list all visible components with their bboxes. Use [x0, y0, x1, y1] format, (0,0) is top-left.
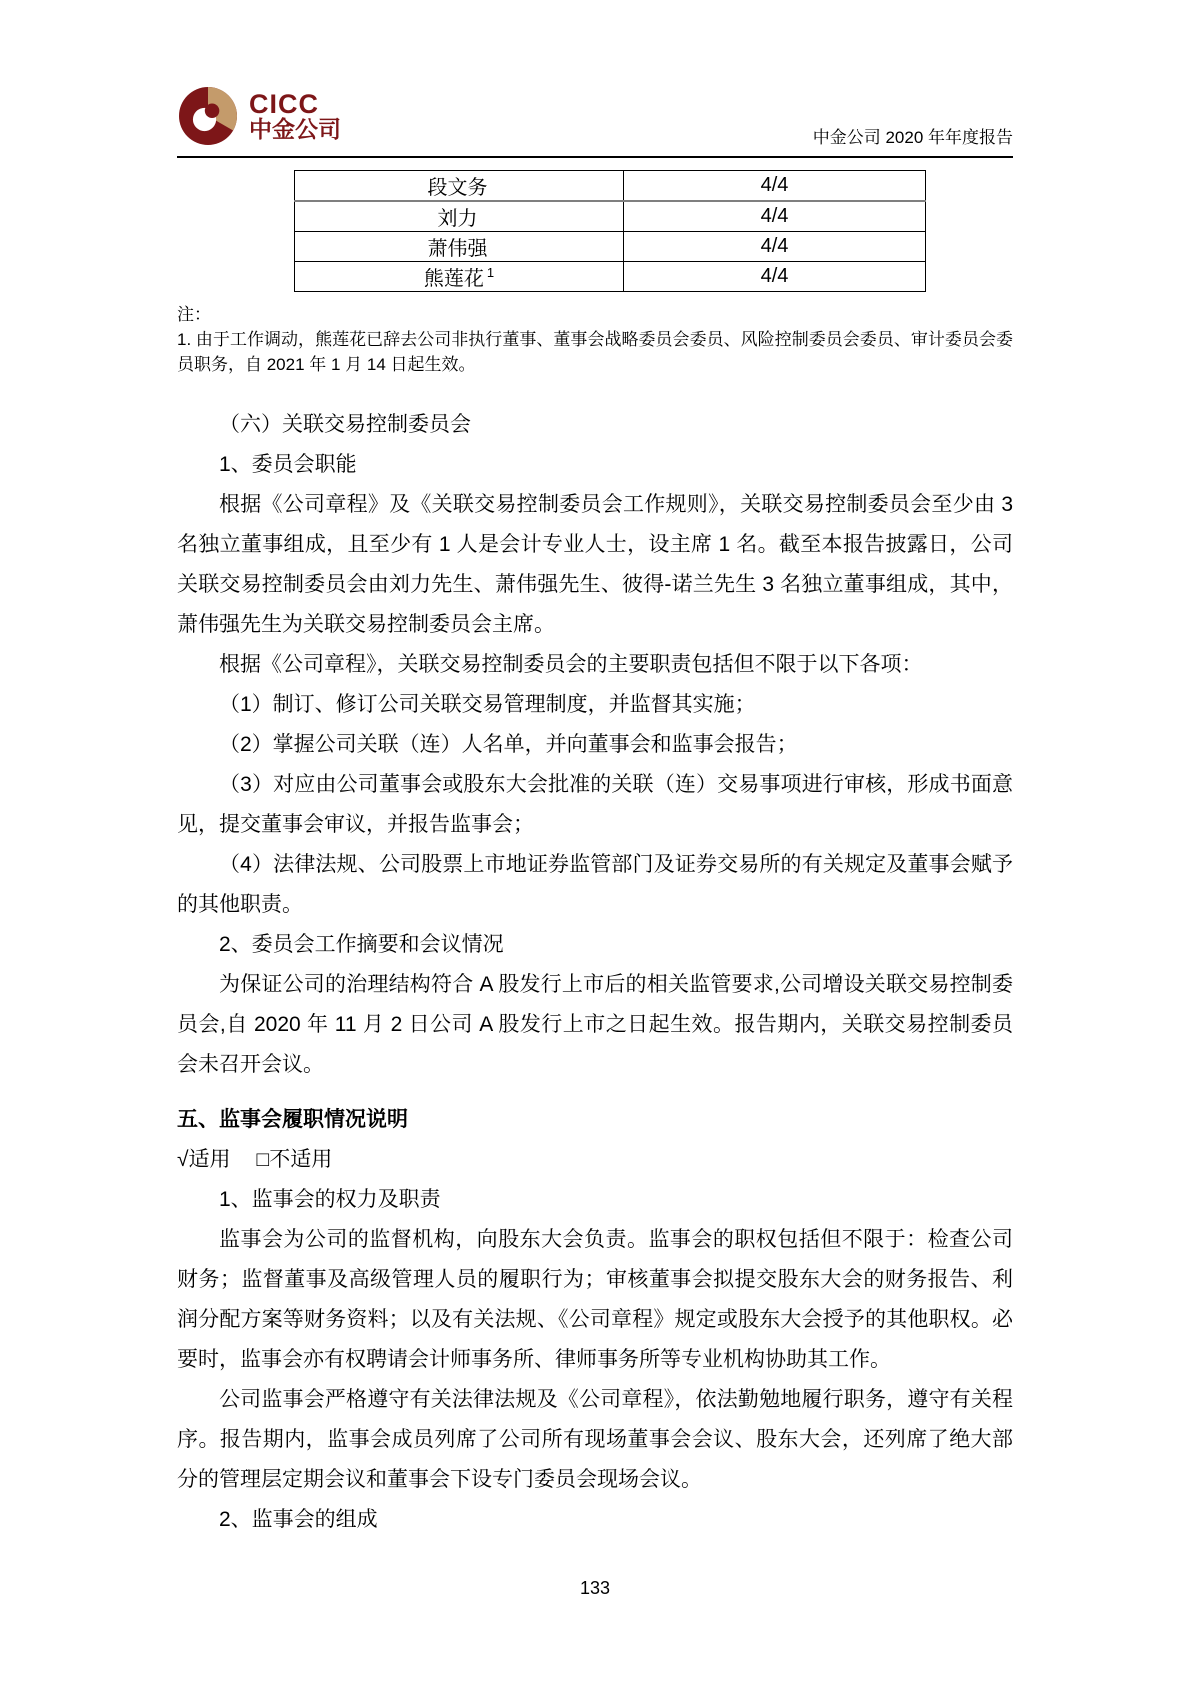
section-6-sub2-heading: 2、委员会工作摘要和会议情况: [177, 925, 1013, 965]
section-6-list-item: （1）制订、修订公司关联交易管理制度，并监督其实施；: [177, 685, 1013, 725]
attendance-cell: 4/4: [624, 171, 926, 202]
cicc-logo-icon: [179, 87, 237, 145]
section-5-paragraph: 公司监事会严格遵守有关法律法规及《公司章程》，依法勤勉地履行职务，遵守有关程序。…: [177, 1380, 1013, 1500]
logo-text-cn: 中金公司: [249, 118, 341, 141]
section-6-paragraph: 根据《公司章程》及《关联交易控制委员会工作规则》，关联交易控制委员会至少由 3 …: [177, 485, 1013, 645]
section-6-list-item: （3）对应由公司董事会或股东大会批准的关联（连）交易事项进行审核，形成书面意见，…: [177, 765, 1013, 845]
not-applicable-unchecked: □不适用: [257, 1148, 333, 1171]
page-footer: 133: [177, 1576, 1013, 1601]
section-6-paragraph: 为保证公司的治理结构符合 A 股发行上市后的相关监管要求,公司增设关联交易控制委…: [177, 965, 1013, 1085]
member-name: 段文务: [428, 177, 488, 199]
section-6-list-item: （4）法律法规、公司股票上市地证券监管部门及证券交易所的有关规定及董事会赋予的其…: [177, 845, 1013, 925]
member-name: 刘力: [438, 208, 478, 230]
attendance-cell: 4/4: [624, 201, 926, 232]
member-name-cell: 熊莲花1: [295, 262, 624, 292]
page-header: CICC 中金公司 中金公司 2020 年年度报告: [177, 0, 1013, 158]
notes-block: 注： 1. 由于工作调动，熊莲花已辞去公司非执行董事、董事会战略委员会委员、风险…: [177, 302, 1013, 377]
logo-text-en: CICC: [249, 91, 341, 119]
main-content: （六）关联交易控制委员会 1、委员会职能 根据《公司章程》及《关联交易控制委员会…: [177, 405, 1013, 1540]
table-row: 刘力 4/4: [295, 201, 926, 232]
note-item: 1. 由于工作调动，熊莲花已辞去公司非执行董事、董事会战略委员会委员、风险控制委…: [177, 327, 1013, 377]
member-name-cell: 刘力: [295, 201, 624, 232]
section-5-sub1-heading: 1、监事会的权力及职责: [177, 1180, 1013, 1220]
section-6-paragraph: 根据《公司章程》，关联交易控制委员会的主要职责包括但不限于以下各项：: [177, 645, 1013, 685]
notes-label: 注：: [177, 302, 1013, 327]
table-row: 段文务 4/4: [295, 171, 926, 202]
attendance-cell: 4/4: [624, 232, 926, 262]
page-number: 133: [580, 1578, 610, 1598]
cicc-logo: CICC 中金公司: [179, 87, 341, 145]
section-6-heading: （六）关联交易控制委员会: [177, 405, 1013, 445]
footnote-marker: 1: [487, 265, 494, 280]
section-6-sub1-heading: 1、委员会职能: [177, 445, 1013, 485]
cicc-logo-text: CICC 中金公司: [249, 91, 341, 142]
report-title: 中金公司 2020 年年度报告: [813, 123, 1013, 148]
member-name: 萧伟强: [428, 238, 488, 260]
section-5-paragraph: 监事会为公司的监督机构，向股东大会负责。监事会的职权包括但不限于：检查公司财务；…: [177, 1220, 1013, 1380]
section-5-heading: 五、监事会履职情况说明: [177, 1100, 1013, 1140]
member-name: 熊莲花: [424, 268, 484, 290]
attendance-table: 段文务 4/4 刘力 4/4 萧伟强 4/4 熊莲花1 4/4: [294, 170, 926, 292]
table-row: 萧伟强 4/4: [295, 232, 926, 262]
applicable-checked: √适用: [177, 1148, 231, 1171]
member-name-cell: 段文务: [295, 171, 624, 202]
table-row: 熊莲花1 4/4: [295, 262, 926, 292]
section-5-sub2-heading: 2、监事会的组成: [177, 1500, 1013, 1540]
applicability-line: √适用□不适用: [177, 1140, 1013, 1180]
member-name-cell: 萧伟强: [295, 232, 624, 262]
report-page: CICC 中金公司 中金公司 2020 年年度报告 段文务 4/4 刘力 4/4…: [0, 0, 1190, 1683]
section-6-list-item: （2）掌握公司关联（连）人名单，并向董事会和监事会报告；: [177, 725, 1013, 765]
attendance-cell: 4/4: [624, 262, 926, 292]
